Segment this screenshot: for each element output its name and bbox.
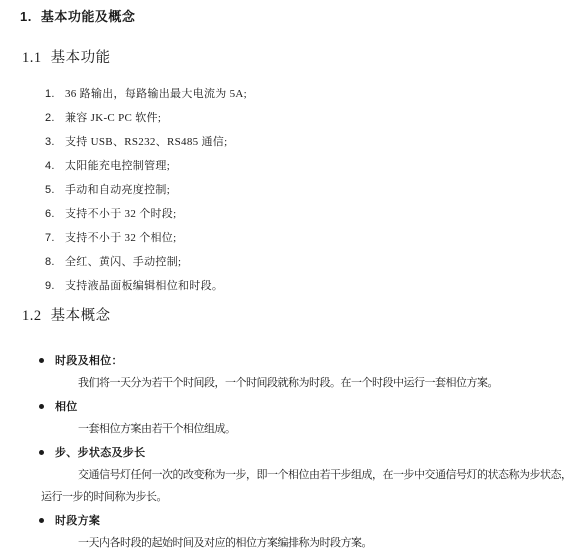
- feature-text: 兼容 JK-C PC 软件;: [65, 106, 161, 130]
- section-heading: 1.基本功能及概念: [20, 8, 580, 26]
- feature-item: 8. 全红、黄闪、手动控制;: [0, 250, 580, 274]
- feature-item: 4. 太阳能充电控制管理;: [0, 154, 580, 178]
- feature-text: 手动和自动亮度控制;: [65, 178, 170, 202]
- feature-number: 7.: [45, 226, 65, 250]
- bullet-icon: [39, 450, 44, 455]
- section-number: 1.: [20, 9, 32, 24]
- feature-item: 5. 手动和自动亮度控制;: [0, 178, 580, 202]
- document-page: 1.基本功能及概念 1.1基本功能 1. 36 路输出，每路输出最大电流为 5A…: [0, 8, 580, 556]
- feature-number: 5.: [45, 178, 65, 202]
- concept-label-row: 时段及相位：: [0, 350, 580, 372]
- feature-text: 支持液晶面板编辑相位和时段。: [65, 274, 223, 298]
- feature-text: 太阳能充电控制管理;: [65, 154, 170, 178]
- feature-item: 9. 支持液晶面板编辑相位和时段。: [0, 274, 580, 298]
- feature-number: 3.: [45, 130, 65, 154]
- feature-text: 支持不小于 32 个相位;: [65, 226, 176, 250]
- feature-text: 全红、黄闪、手动控制;: [65, 250, 181, 274]
- concept-item: 时段及相位： 我们将一天分为若干个时间段，一个时间段就称为时段。在一个时段中运行…: [0, 350, 580, 394]
- feature-text: 支持 USB、RS232、RS485 通信;: [65, 130, 227, 154]
- feature-text: 支持不小于 32 个时段;: [65, 202, 176, 226]
- feature-number: 4.: [45, 154, 65, 178]
- concept-text-line: 一天内各时段的起始时间及对应的相位方案编排称为时段方案。: [0, 532, 580, 554]
- concepts-list: 时段及相位： 我们将一天分为若干个时间段，一个时间段就称为时段。在一个时段中运行…: [0, 350, 580, 554]
- concept-text-line: 运行一步的时间称为步长。: [0, 486, 580, 508]
- feature-item: 3. 支持 USB、RS232、RS485 通信;: [0, 130, 580, 154]
- section-title: 基本功能及概念: [41, 9, 136, 24]
- bullet-icon: [39, 518, 44, 523]
- concept-label-row: 时段方案: [0, 510, 580, 532]
- feature-number: 2.: [45, 106, 65, 130]
- bullet-icon: [39, 358, 44, 363]
- subsection-functions-heading: 1.1基本功能: [22, 48, 580, 68]
- concept-text-line: 我们将一天分为若干个时间段，一个时间段就称为时段。在一个时段中运行一套相位方案。: [0, 372, 580, 394]
- feature-item: 6. 支持不小于 32 个时段;: [0, 202, 580, 226]
- feature-number: 1.: [45, 82, 65, 106]
- concept-label-row: 相位: [0, 396, 580, 418]
- concept-item: 相位 一套相位方案由若干个相位组成。: [0, 396, 580, 440]
- subsection-functions-title: 基本功能: [51, 50, 111, 66]
- concept-text-line: 一套相位方案由若干个相位组成。: [0, 418, 580, 440]
- concept-label: 时段方案: [55, 515, 100, 527]
- subsection-concepts-heading: 1.2基本概念: [22, 306, 580, 326]
- feature-number: 8.: [45, 250, 65, 274]
- concept-label-row: 步、步状态及步长: [0, 442, 580, 464]
- concept-label: 相位: [55, 401, 78, 413]
- concept-label: 步、步状态及步长: [55, 447, 145, 459]
- feature-item: 7. 支持不小于 32 个相位;: [0, 226, 580, 250]
- concept-label: 时段及相位：: [55, 355, 123, 367]
- concept-text-line: 交通信号灯任何一次的改变称为一步，即一个相位由若干步组成，在一步中交通信号灯的状…: [0, 464, 580, 486]
- subsection-concepts-number: 1.2: [22, 308, 42, 324]
- feature-number: 9.: [45, 274, 65, 298]
- feature-number: 6.: [45, 202, 65, 226]
- feature-item: 1. 36 路输出，每路输出最大电流为 5A;: [0, 82, 580, 106]
- subsection-concepts-title: 基本概念: [51, 308, 111, 324]
- feature-text: 36 路输出，每路输出最大电流为 5A;: [65, 82, 247, 106]
- concept-item: 步、步状态及步长 交通信号灯任何一次的改变称为一步，即一个相位由若干步组成，在一…: [0, 442, 580, 508]
- features-list: 1. 36 路输出，每路输出最大电流为 5A; 2. 兼容 JK-C PC 软件…: [0, 82, 580, 298]
- concept-item: 时段方案 一天内各时段的起始时间及对应的相位方案编排称为时段方案。: [0, 510, 580, 554]
- bullet-icon: [39, 404, 44, 409]
- feature-item: 2. 兼容 JK-C PC 软件;: [0, 106, 580, 130]
- subsection-functions-number: 1.1: [22, 50, 42, 66]
